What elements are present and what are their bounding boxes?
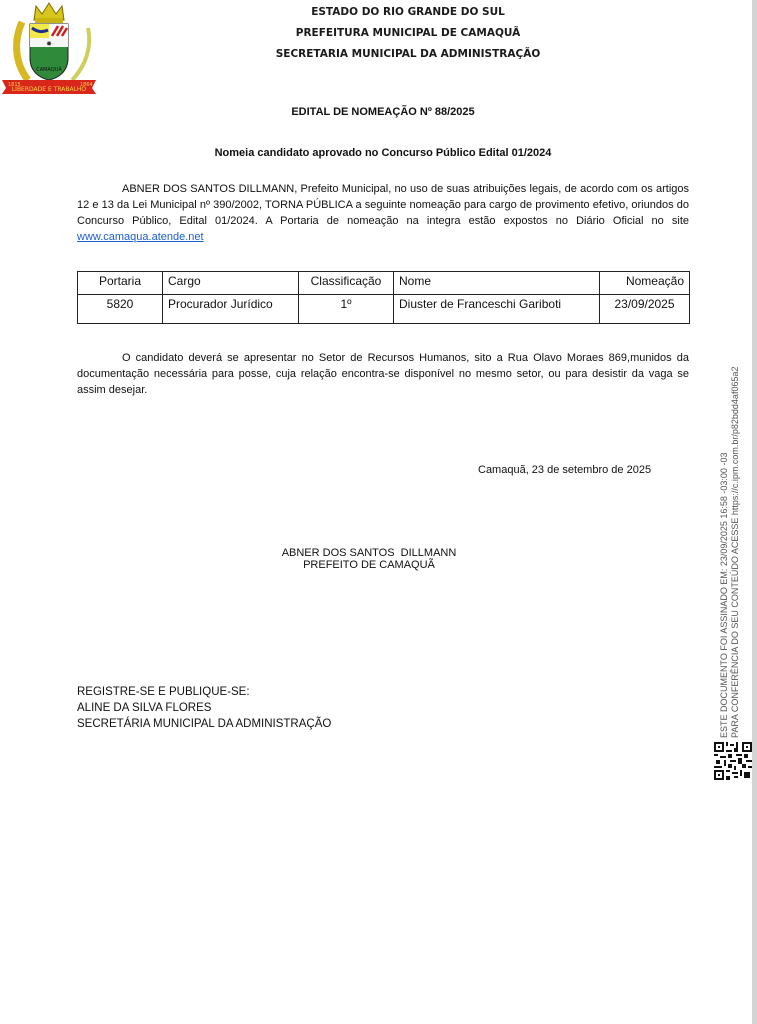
svg-text:1864: 1864 bbox=[80, 82, 93, 88]
header-prefecture: PREFEITURA MUNICIPAL DE CAMAQUÃ bbox=[200, 27, 616, 39]
table-row: 5820 Procurador Jurídico 1º Diuster de F… bbox=[78, 295, 690, 324]
cell-cargo: Procurador Jurídico bbox=[163, 295, 299, 324]
header-cargo: Cargo bbox=[163, 272, 299, 295]
coat-of-arms-logo: ✸ CAMAQUÃ LIBERDADE E TRABALHO 1815 1864 bbox=[0, 0, 98, 96]
scrollbar[interactable] bbox=[752, 0, 757, 1024]
svg-text:✸: ✸ bbox=[46, 40, 52, 48]
cell-nome: Diuster de Franceschi Gariboti bbox=[394, 295, 600, 324]
register-line: REGISTRE-SE E PUBLIQUE-SE: bbox=[77, 684, 331, 700]
intro-paragraph: ABNER DOS SANTOS DILLMANN, Prefeito Muni… bbox=[77, 181, 689, 245]
signature-block: ABNER DOS SANTOS DILLMANN PREFEITO DE CA… bbox=[240, 547, 498, 571]
cell-classificacao: 1º bbox=[299, 295, 394, 324]
document-subtitle: Nomeia candidato aprovado no Concurso Pú… bbox=[100, 147, 666, 159]
qr-code-icon[interactable] bbox=[714, 742, 752, 780]
signature-role: PREFEITO DE CAMAQUÃ bbox=[240, 559, 498, 571]
digital-signature-stamp: ESTE DOCUMENTO FOI ASSINADO EM: 23/09/20… bbox=[719, 367, 741, 738]
nomination-table: Portaria Cargo Classificação Nome Nomeaç… bbox=[77, 271, 690, 324]
instructions-text: O candidato deverá se apresentar no Seto… bbox=[77, 352, 689, 396]
digital-signature-line2: PARA CONFERÊNCIA DO SEU CONTEÚDO ACESSE … bbox=[730, 367, 741, 738]
register-secretary-name: ALINE DA SILVA FLORES bbox=[77, 700, 331, 716]
table-header-row: Portaria Cargo Classificação Nome Nomeaç… bbox=[78, 272, 690, 295]
header-state: ESTADO DO RIO GRANDE DO SUL bbox=[200, 6, 616, 18]
digital-signature-line1: ESTE DOCUMENTO FOI ASSINADO EM: 23/09/20… bbox=[719, 367, 730, 738]
document-title: EDITAL DE NOMEAÇÃO Nº 88/2025 bbox=[200, 106, 566, 118]
cell-nomeacao: 23/09/2025 bbox=[600, 295, 690, 324]
register-block: REGISTRE-SE E PUBLIQUE-SE: ALINE DA SILV… bbox=[77, 684, 331, 732]
header-nomeacao: Nomeação bbox=[600, 272, 690, 295]
signature-name: ABNER DOS SANTOS DILLMANN bbox=[240, 547, 498, 559]
header-nome: Nome bbox=[394, 272, 600, 295]
svg-text:CAMAQUÃ: CAMAQUÃ bbox=[36, 66, 62, 73]
svg-text:LIBERDADE E TRABALHO: LIBERDADE E TRABALHO bbox=[12, 86, 87, 93]
cell-portaria: 5820 bbox=[78, 295, 163, 324]
svg-text:1815: 1815 bbox=[8, 82, 21, 88]
intro-text: ABNER DOS SANTOS DILLMANN, Prefeito Muni… bbox=[77, 183, 689, 227]
header-portaria: Portaria bbox=[78, 272, 163, 295]
instructions-paragraph: O candidato deverá se apresentar no Seto… bbox=[77, 350, 689, 398]
register-secretary-role: SECRETÁRIA MUNICIPAL DA ADMINISTRAÇÃO bbox=[77, 716, 331, 732]
site-link[interactable]: www.camaqua.atende.net bbox=[77, 231, 204, 243]
place-date: Camaquã, 23 de setembro de 2025 bbox=[478, 464, 651, 476]
header-classificacao: Classificação bbox=[299, 272, 394, 295]
header-secretariat: SECRETARIA MUNICIPAL DA ADMINISTRAÇÃO bbox=[200, 48, 616, 60]
